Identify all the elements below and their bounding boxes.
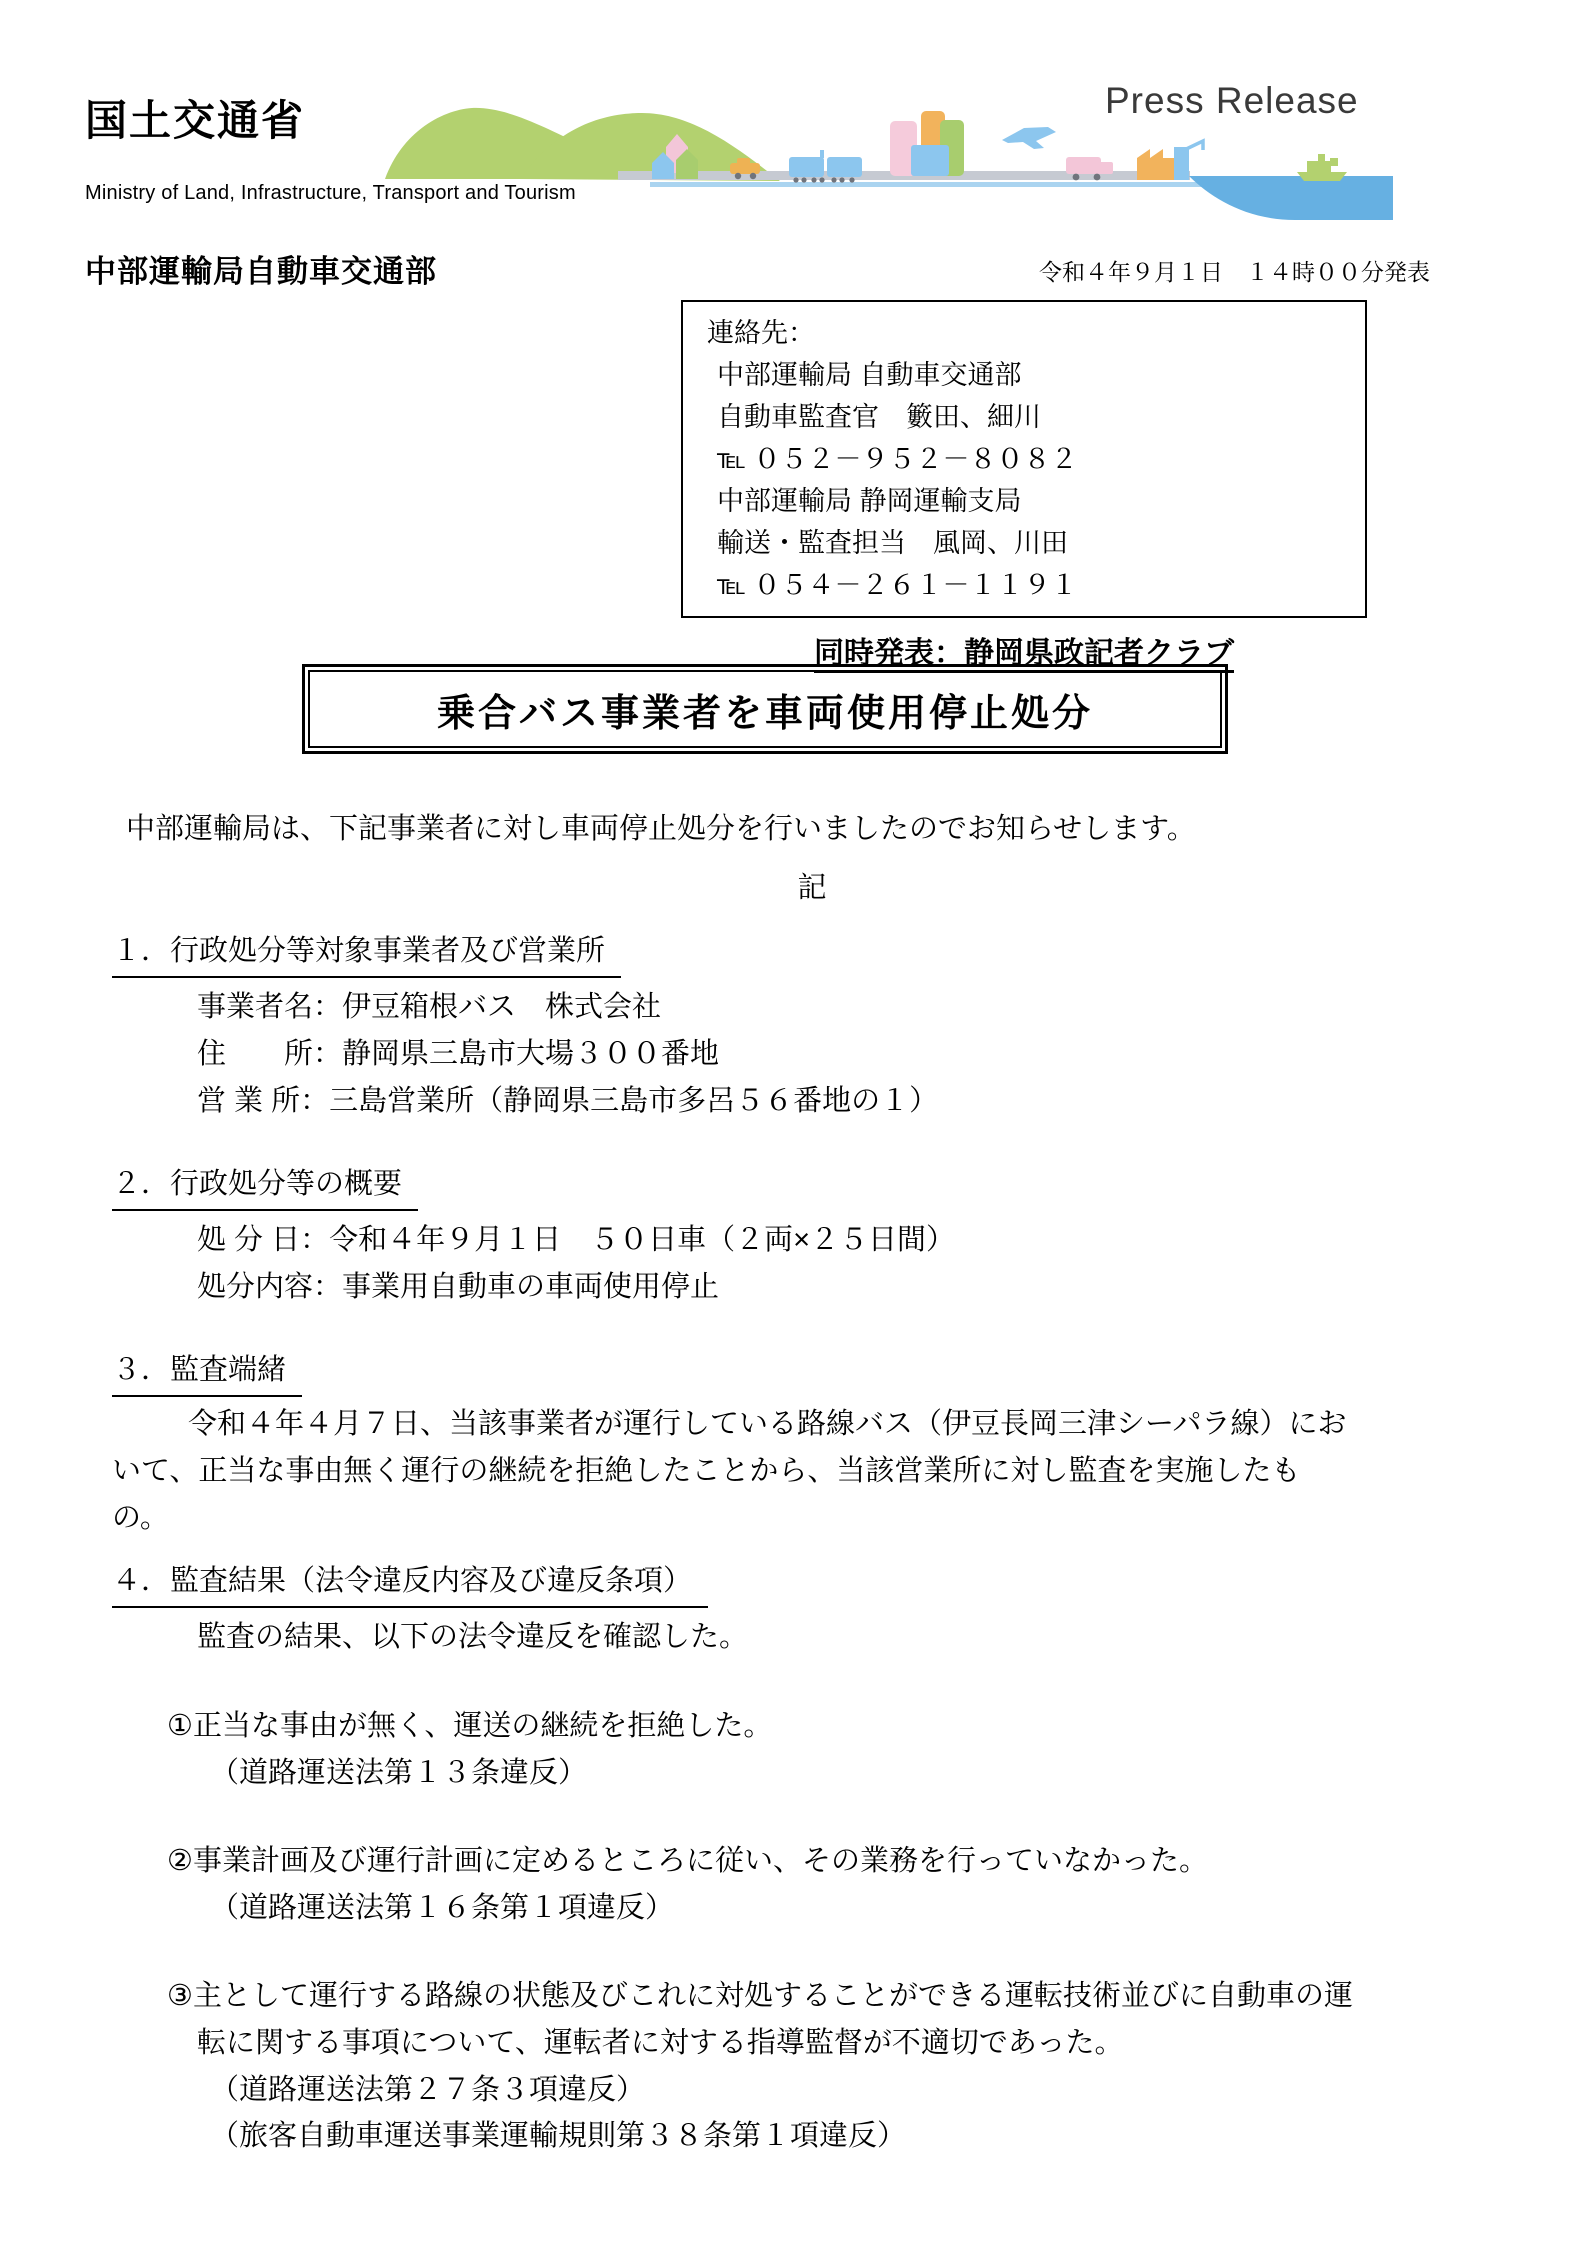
section-3: ３．監査端緒 令和４年４月７日、当該事業者が運行している路線バス（伊豆長岡三津シ… bbox=[112, 1347, 1512, 1542]
document-body: 中部運輸局は、下記事業者に対し車両停止処分を行いましたのでお知らせします。 記 … bbox=[112, 806, 1512, 2159]
hills-icon bbox=[385, 108, 780, 181]
intro-paragraph: 中部運輸局は、下記事業者に対し車両停止処分を行いましたのでお知らせします。 bbox=[126, 806, 1512, 853]
contact-box: 連絡先： 中部運輸局 自動車交通部 自動車監査官 籔田、細川 ℡ ０５２－９５２… bbox=[681, 300, 1367, 618]
section-3-heading: ３．監査端緒 bbox=[112, 1347, 302, 1397]
press-release-page: 国土交通省 Ministry of Land, Infrastructure, … bbox=[0, 0, 1580, 2242]
detail-line: 処 分 日：令和４年９月１日 ５０日車（２両×２５日間） bbox=[197, 1217, 1512, 1264]
document-title-box: 乗合バス事業者を車両使用停止処分 bbox=[302, 664, 1228, 754]
contact-line-tel: ℡ ０５４－２６１－１１９１ bbox=[707, 564, 1365, 606]
section-1-lines: 事業者名：伊豆箱根バス 株式会社 住 所：静岡県三島市大場３００番地 営 業 所… bbox=[197, 984, 1512, 1125]
mlit-logo-title: 国土交通省 bbox=[85, 88, 305, 148]
detail-line: 事業者名：伊豆箱根バス 株式会社 bbox=[197, 984, 1512, 1031]
contact-line: 中部運輸局 静岡運輸支局 bbox=[707, 480, 1365, 522]
violation-ref: （道路運送法第１３条違反） bbox=[210, 1750, 1512, 1796]
section-1-heading: １．行政処分等対象事業者及び営業所 bbox=[112, 928, 621, 978]
contact-line: 輸送・監査担当 風岡、川田 bbox=[707, 522, 1365, 564]
section-2: ２．行政処分等の概要 処 分 日：令和４年９月１日 ５０日車（２両×２５日間） … bbox=[112, 1161, 1512, 1311]
violation-text: 転に関する事項について、運転者に対する指導監督が不適切であった。 bbox=[197, 2020, 1512, 2067]
detail-line: 住 所：静岡県三島市大場３００番地 bbox=[197, 1031, 1512, 1078]
section-4-heading: ４．監査結果（法令違反内容及び違反条項） bbox=[112, 1558, 708, 1608]
violation-text: ②事業計画及び運行計画に定めるところに従い、その業務を行っていなかった。 bbox=[167, 1838, 1512, 1885]
contact-line: 連絡先： bbox=[707, 312, 1365, 354]
section-2-heading: ２．行政処分等の概要 bbox=[112, 1161, 418, 1211]
section-1: １．行政処分等対象事業者及び営業所 事業者名：伊豆箱根バス 株式会社 住 所：静… bbox=[112, 928, 1512, 1125]
contact-line-tel: ℡ ０５２－９５２－８０８２ bbox=[707, 438, 1365, 480]
issuing-department: 中部運輸局自動車交通部 bbox=[85, 246, 437, 291]
violation-ref: （道路運送法第１６条第１項違反） bbox=[210, 1885, 1512, 1931]
water-icon bbox=[1189, 176, 1393, 220]
section-4: ４．監査結果（法令違反内容及び違反条項） 監査の結果、以下の法令違反を確認した。… bbox=[112, 1558, 1512, 2159]
contact-line: 自動車監査官 籔田、細川 bbox=[707, 396, 1365, 438]
violation-item-3: ③主として運行する路線の状態及びこれに対処することができる運転技術並びに自動車の… bbox=[112, 1973, 1512, 2159]
section-3-paragraph: 令和４年４月７日、当該事業者が運行している路線バス（伊豆長岡三津シーパラ線）にお… bbox=[112, 1401, 1512, 1542]
ki-marker: 記 bbox=[112, 865, 1512, 912]
release-datetime: 令和４年９月１日 １４時００分発表 bbox=[1039, 254, 1430, 287]
violation-ref: （道路運送法第２７条３項違反） bbox=[210, 2067, 1512, 2113]
contact-line: 中部運輸局 自動車交通部 bbox=[707, 354, 1365, 396]
factory-icon bbox=[1137, 149, 1174, 180]
airplane-icon bbox=[1002, 127, 1056, 149]
violation-item-2: ②事業計画及び運行計画に定めるところに従い、その業務を行っていなかった。 （道路… bbox=[112, 1838, 1512, 1931]
violation-text: ①正当な事由が無く、運送の継続を拒絶した。 bbox=[167, 1703, 1512, 1750]
section-4-lead: 監査の結果、以下の法令違反を確認した。 bbox=[197, 1614, 1512, 1661]
paragraph-line: 令和４年４月７日、当該事業者が運行している路線バス（伊豆長岡三津シーパラ線）にお bbox=[188, 1401, 1512, 1448]
paragraph-line: の。 bbox=[112, 1495, 1512, 1542]
violation-text: ③主として運行する路線の状態及びこれに対処することができる運転技術並びに自動車の… bbox=[167, 1973, 1512, 2020]
mlit-logo-subtitle: Ministry of Land, Infrastructure, Transp… bbox=[85, 182, 576, 205]
buildings-icon bbox=[890, 111, 964, 176]
ship-icon bbox=[1297, 154, 1347, 181]
detail-line: 処分内容：事業用自動車の車両使用停止 bbox=[197, 1264, 1512, 1311]
violation-ref: （旅客自動車運送事業運輸規則第３８条第１項違反） bbox=[210, 2113, 1512, 2159]
violation-item-1: ①正当な事由が無く、運送の継続を拒絶した。 （道路運送法第１３条違反） bbox=[112, 1703, 1512, 1796]
press-release-label: Press Release bbox=[1105, 80, 1359, 122]
paragraph-line: いて、正当な事由無く運行の継続を拒絶したことから、当該営業所に対し監査を実施した… bbox=[112, 1448, 1512, 1495]
detail-line: 営 業 所：三島営業所（静岡県三島市多呂５６番地の１） bbox=[197, 1078, 1512, 1125]
crane-icon bbox=[1174, 141, 1203, 180]
section-2-lines: 処 分 日：令和４年９月１日 ５０日車（２両×２５日間） 処分内容：事業用自動車… bbox=[197, 1217, 1512, 1311]
document-title: 乗合バス事業者を車両使用停止処分 bbox=[308, 670, 1222, 748]
